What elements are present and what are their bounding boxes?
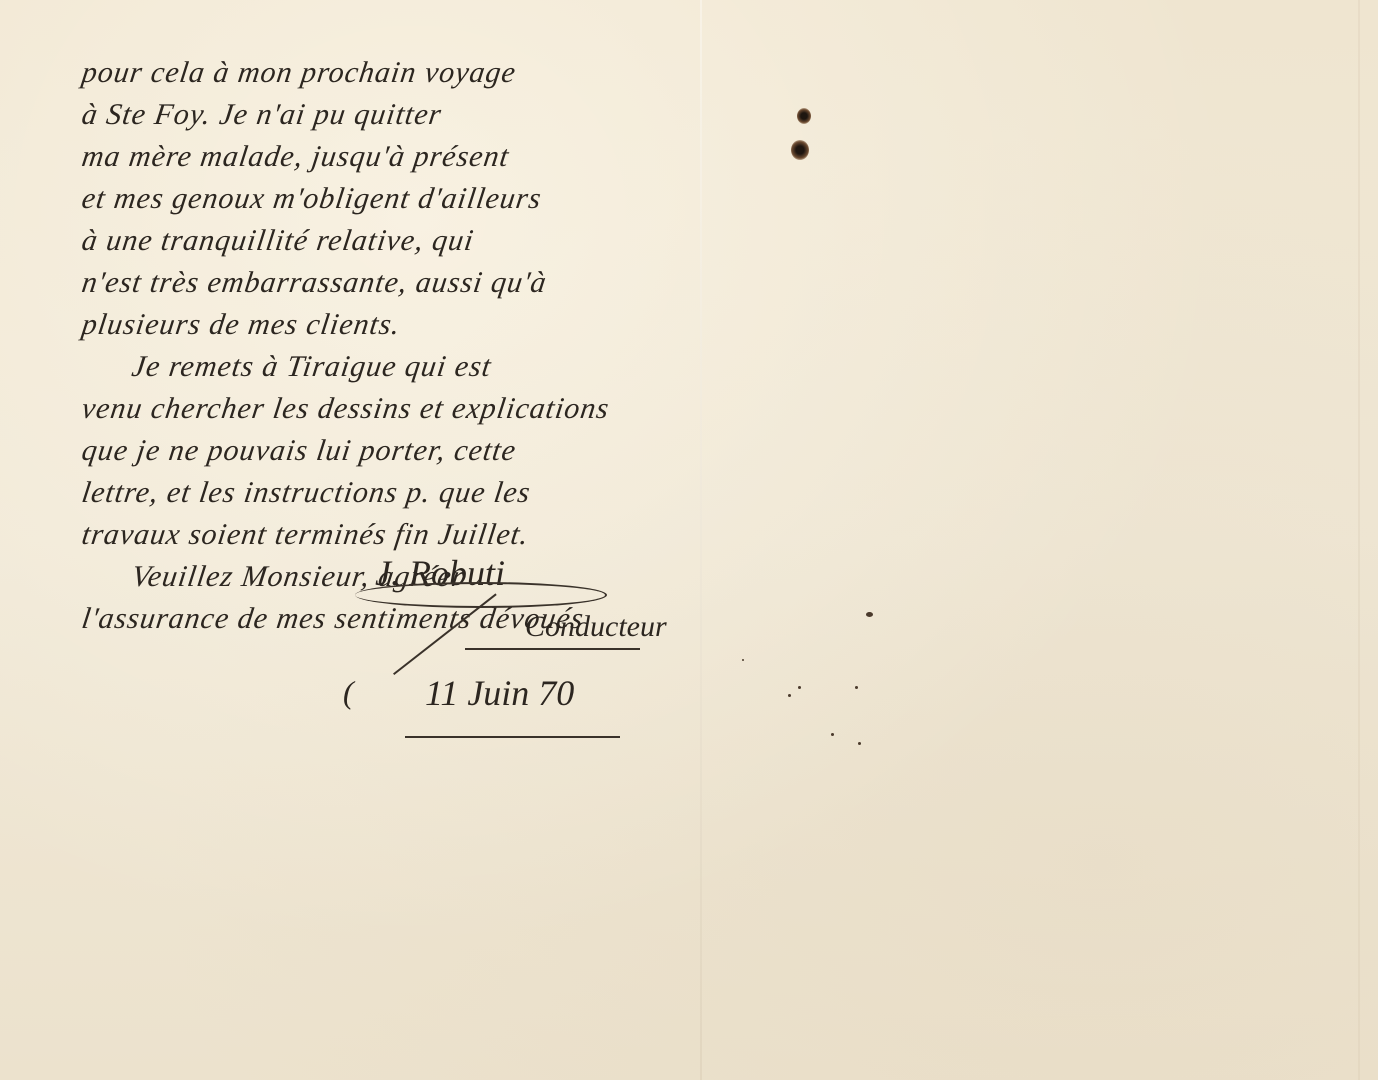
signature-block: J. Robuti Conducteur ( 11 Juin 70 — [355, 552, 635, 752]
letter-line: et mes genoux m'obligent d'ailleurs — [79, 178, 705, 220]
letter-line: n'est très embarrassante, aussi qu'à — [79, 262, 705, 304]
paper-speck — [831, 733, 834, 736]
signature-underline — [465, 648, 640, 650]
letter-line: à une tranquillité relative, qui — [79, 220, 705, 262]
paper-speck — [866, 612, 873, 617]
paper-speck — [855, 686, 858, 689]
paper-edge-line — [1358, 0, 1360, 1080]
letter-line: lettre, et les instructions p. que les — [79, 472, 705, 514]
ink-spot — [791, 140, 809, 160]
signature-hook: ( — [343, 674, 354, 711]
letter-line: Je remets à Tiraigue qui est — [79, 346, 705, 388]
paper-speck — [798, 686, 801, 689]
letter-line: que je ne pouvais lui porter, cette — [79, 430, 705, 472]
letter-line: travaux soient terminés fin Juillet. — [79, 514, 705, 556]
signature-title: Conducteur — [525, 610, 667, 644]
date-underline — [405, 736, 620, 738]
paper-speck — [788, 694, 791, 697]
letter-line: pour cela à mon prochain voyage — [79, 52, 705, 94]
letter-date: 11 Juin 70 — [425, 672, 574, 714]
paper-speck — [858, 742, 861, 745]
letter-line: venu chercher les dessins et explication… — [79, 388, 705, 430]
letter-line: ma mère malade, jusqu'à présent — [79, 136, 705, 178]
letter-line: à Ste Foy. Je n'ai pu quitter — [79, 94, 705, 136]
paper-speck — [742, 659, 744, 661]
letter-line: plusieurs de mes clients. — [79, 304, 705, 346]
ink-spot — [797, 108, 811, 124]
letter-page: pour cela à mon prochain voyage à Ste Fo… — [0, 0, 1378, 1080]
